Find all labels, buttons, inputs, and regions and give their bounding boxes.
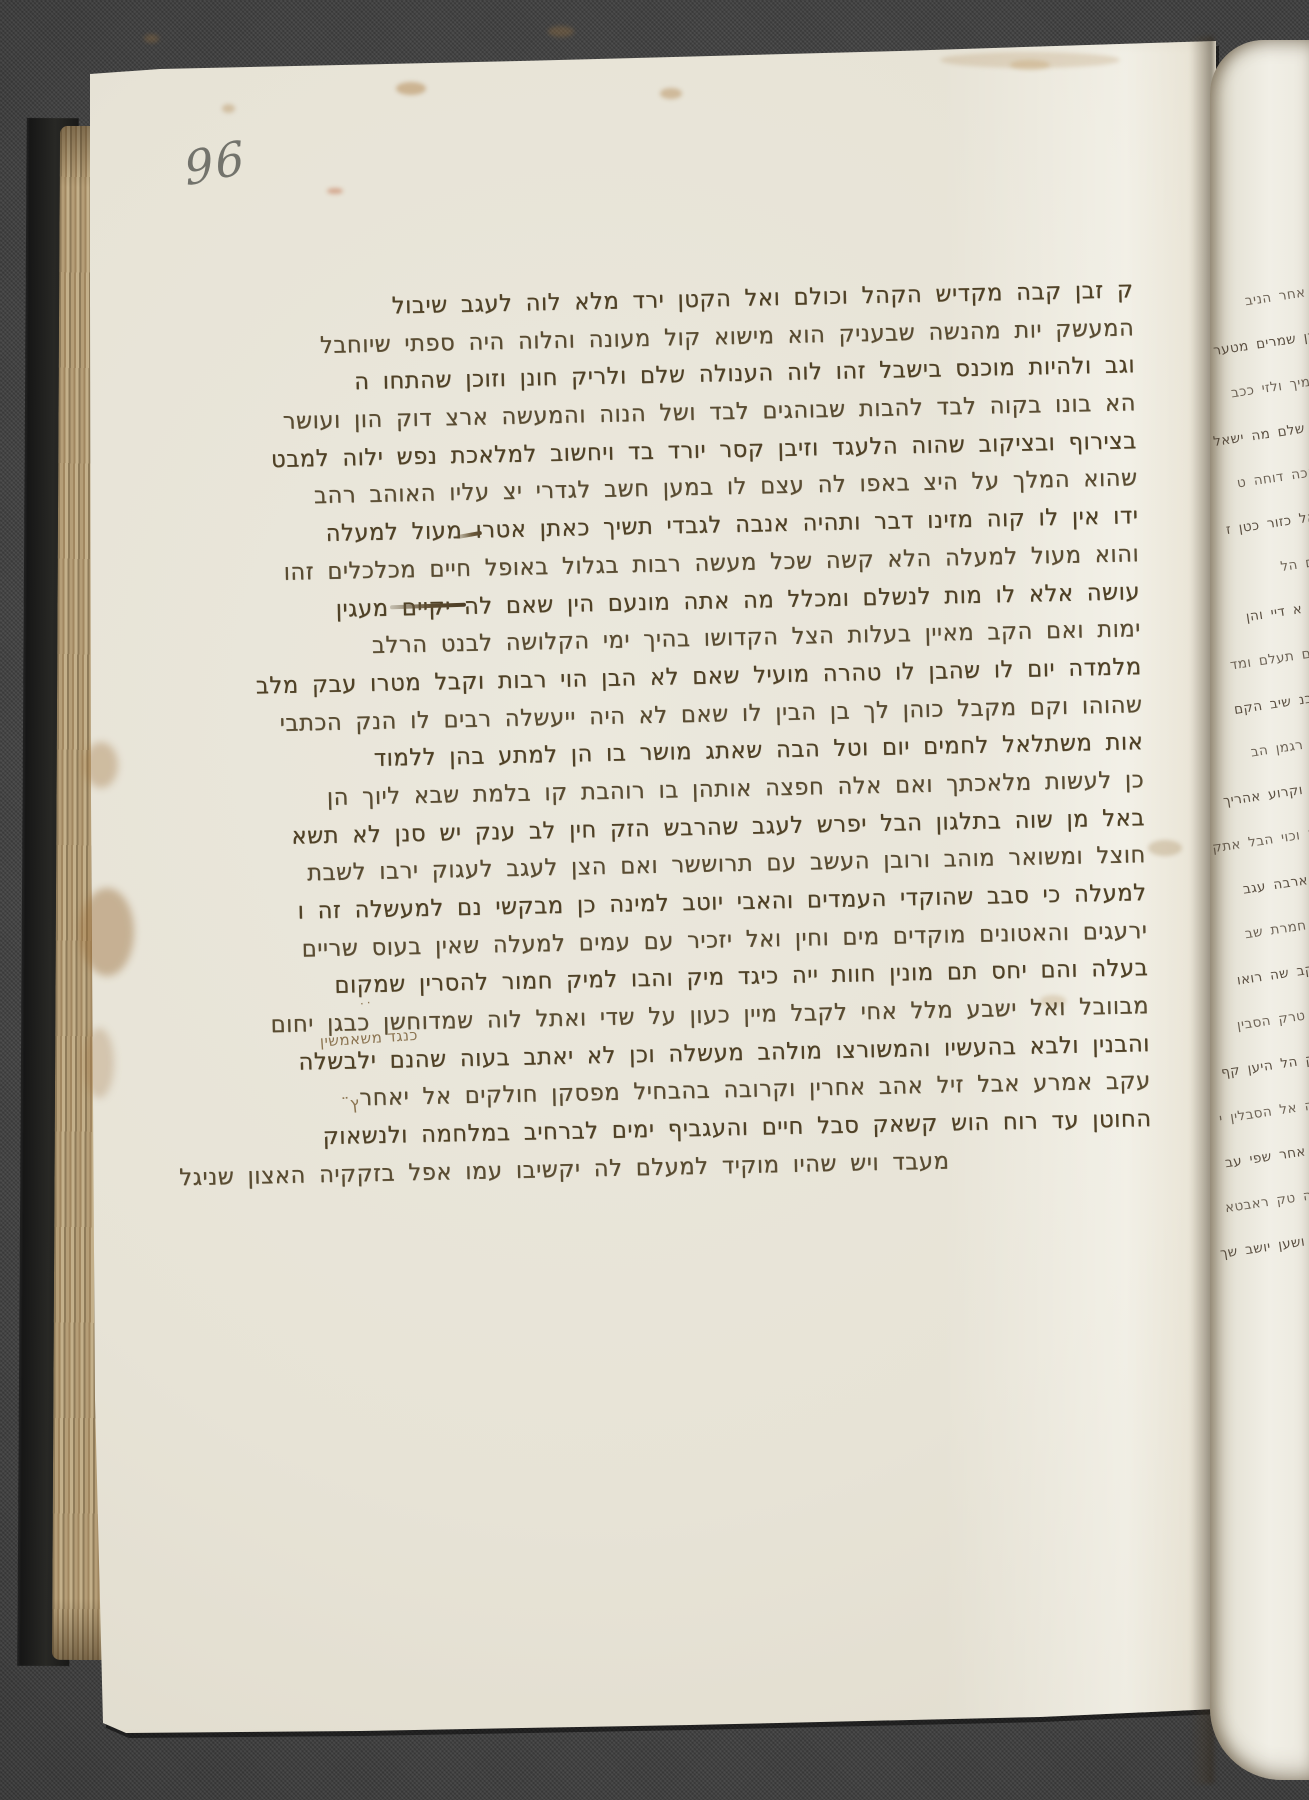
next-page-line: מז בנ שיב הקם bbox=[1233, 687, 1309, 718]
main-text-block: ק זבן קבה מקדיש הקהל וכולם ואל הקטן ירד … bbox=[425, 272, 1153, 1195]
foxing-spot bbox=[396, 82, 426, 95]
foxing-spot bbox=[1148, 840, 1182, 856]
next-page-line: לה מיך ולזי ככב bbox=[1230, 370, 1309, 401]
next-page-line: במק וכוי הבל אתק bbox=[1211, 822, 1309, 856]
foxing-spot bbox=[660, 88, 682, 99]
damp-stain bbox=[84, 1028, 114, 1098]
foxing-spot bbox=[548, 26, 574, 37]
next-page-line: ושך אחר שפי עב bbox=[1224, 1139, 1309, 1171]
next-page-line: לבנה אל הסבלין י bbox=[1218, 1094, 1309, 1127]
damp-stain bbox=[80, 888, 134, 976]
next-page-line: ביוה רגמן הב bbox=[1249, 732, 1309, 760]
next-page-edge: כנף אחר הניבשהרן שמרים מטערלה מיך ולזי כ… bbox=[1210, 40, 1309, 1780]
damp-stain bbox=[84, 742, 118, 788]
next-page-line: אות טרק הסבין bbox=[1236, 1003, 1309, 1034]
margin-mark-above: ·· bbox=[359, 995, 375, 1011]
next-page-line: נז אל כזור כטן ז bbox=[1225, 506, 1309, 538]
next-page-line: אבים הל bbox=[1279, 551, 1309, 575]
foxing-spot bbox=[1010, 60, 1050, 70]
next-page-line: לבע א דיי והן bbox=[1245, 596, 1309, 625]
next-page-line: גשו ארבה עגב bbox=[1242, 868, 1309, 898]
next-page-line: שנה וקרוע אהריך bbox=[1222, 777, 1309, 810]
next-page-line: אות שלם מה ישאל bbox=[1212, 416, 1309, 450]
next-page-line: צרוק הל היען קף bbox=[1220, 1048, 1309, 1081]
next-page-line: מלאכה דוחה ט bbox=[1236, 461, 1309, 491]
next-page-text: כנף אחר הניבשהרן שמרים מטערלה מיך ולזי כ… bbox=[1210, 40, 1309, 1780]
next-page-line: יסקה טק ראבטא bbox=[1225, 1184, 1309, 1216]
photo: { "photo": { "description_colors": { "cl… bbox=[0, 0, 1309, 1800]
foxing-spot bbox=[222, 104, 235, 113]
next-page-line: כמו חמרת שב bbox=[1244, 913, 1309, 942]
next-page-line: כנף אחר הניב bbox=[1244, 280, 1309, 309]
foxing-spot bbox=[144, 34, 159, 43]
next-page-line: שהרן שמרים מטער bbox=[1213, 325, 1309, 359]
next-page-line: ריסים תעלם ומד bbox=[1229, 642, 1309, 673]
margin-mark-below: ץ̈ bbox=[349, 1094, 360, 1115]
red-ink-fleck bbox=[327, 188, 343, 194]
next-page-line: מיה ושען יושב שך bbox=[1220, 1229, 1309, 1262]
next-page-line: בז קב שה רואו bbox=[1236, 958, 1309, 989]
